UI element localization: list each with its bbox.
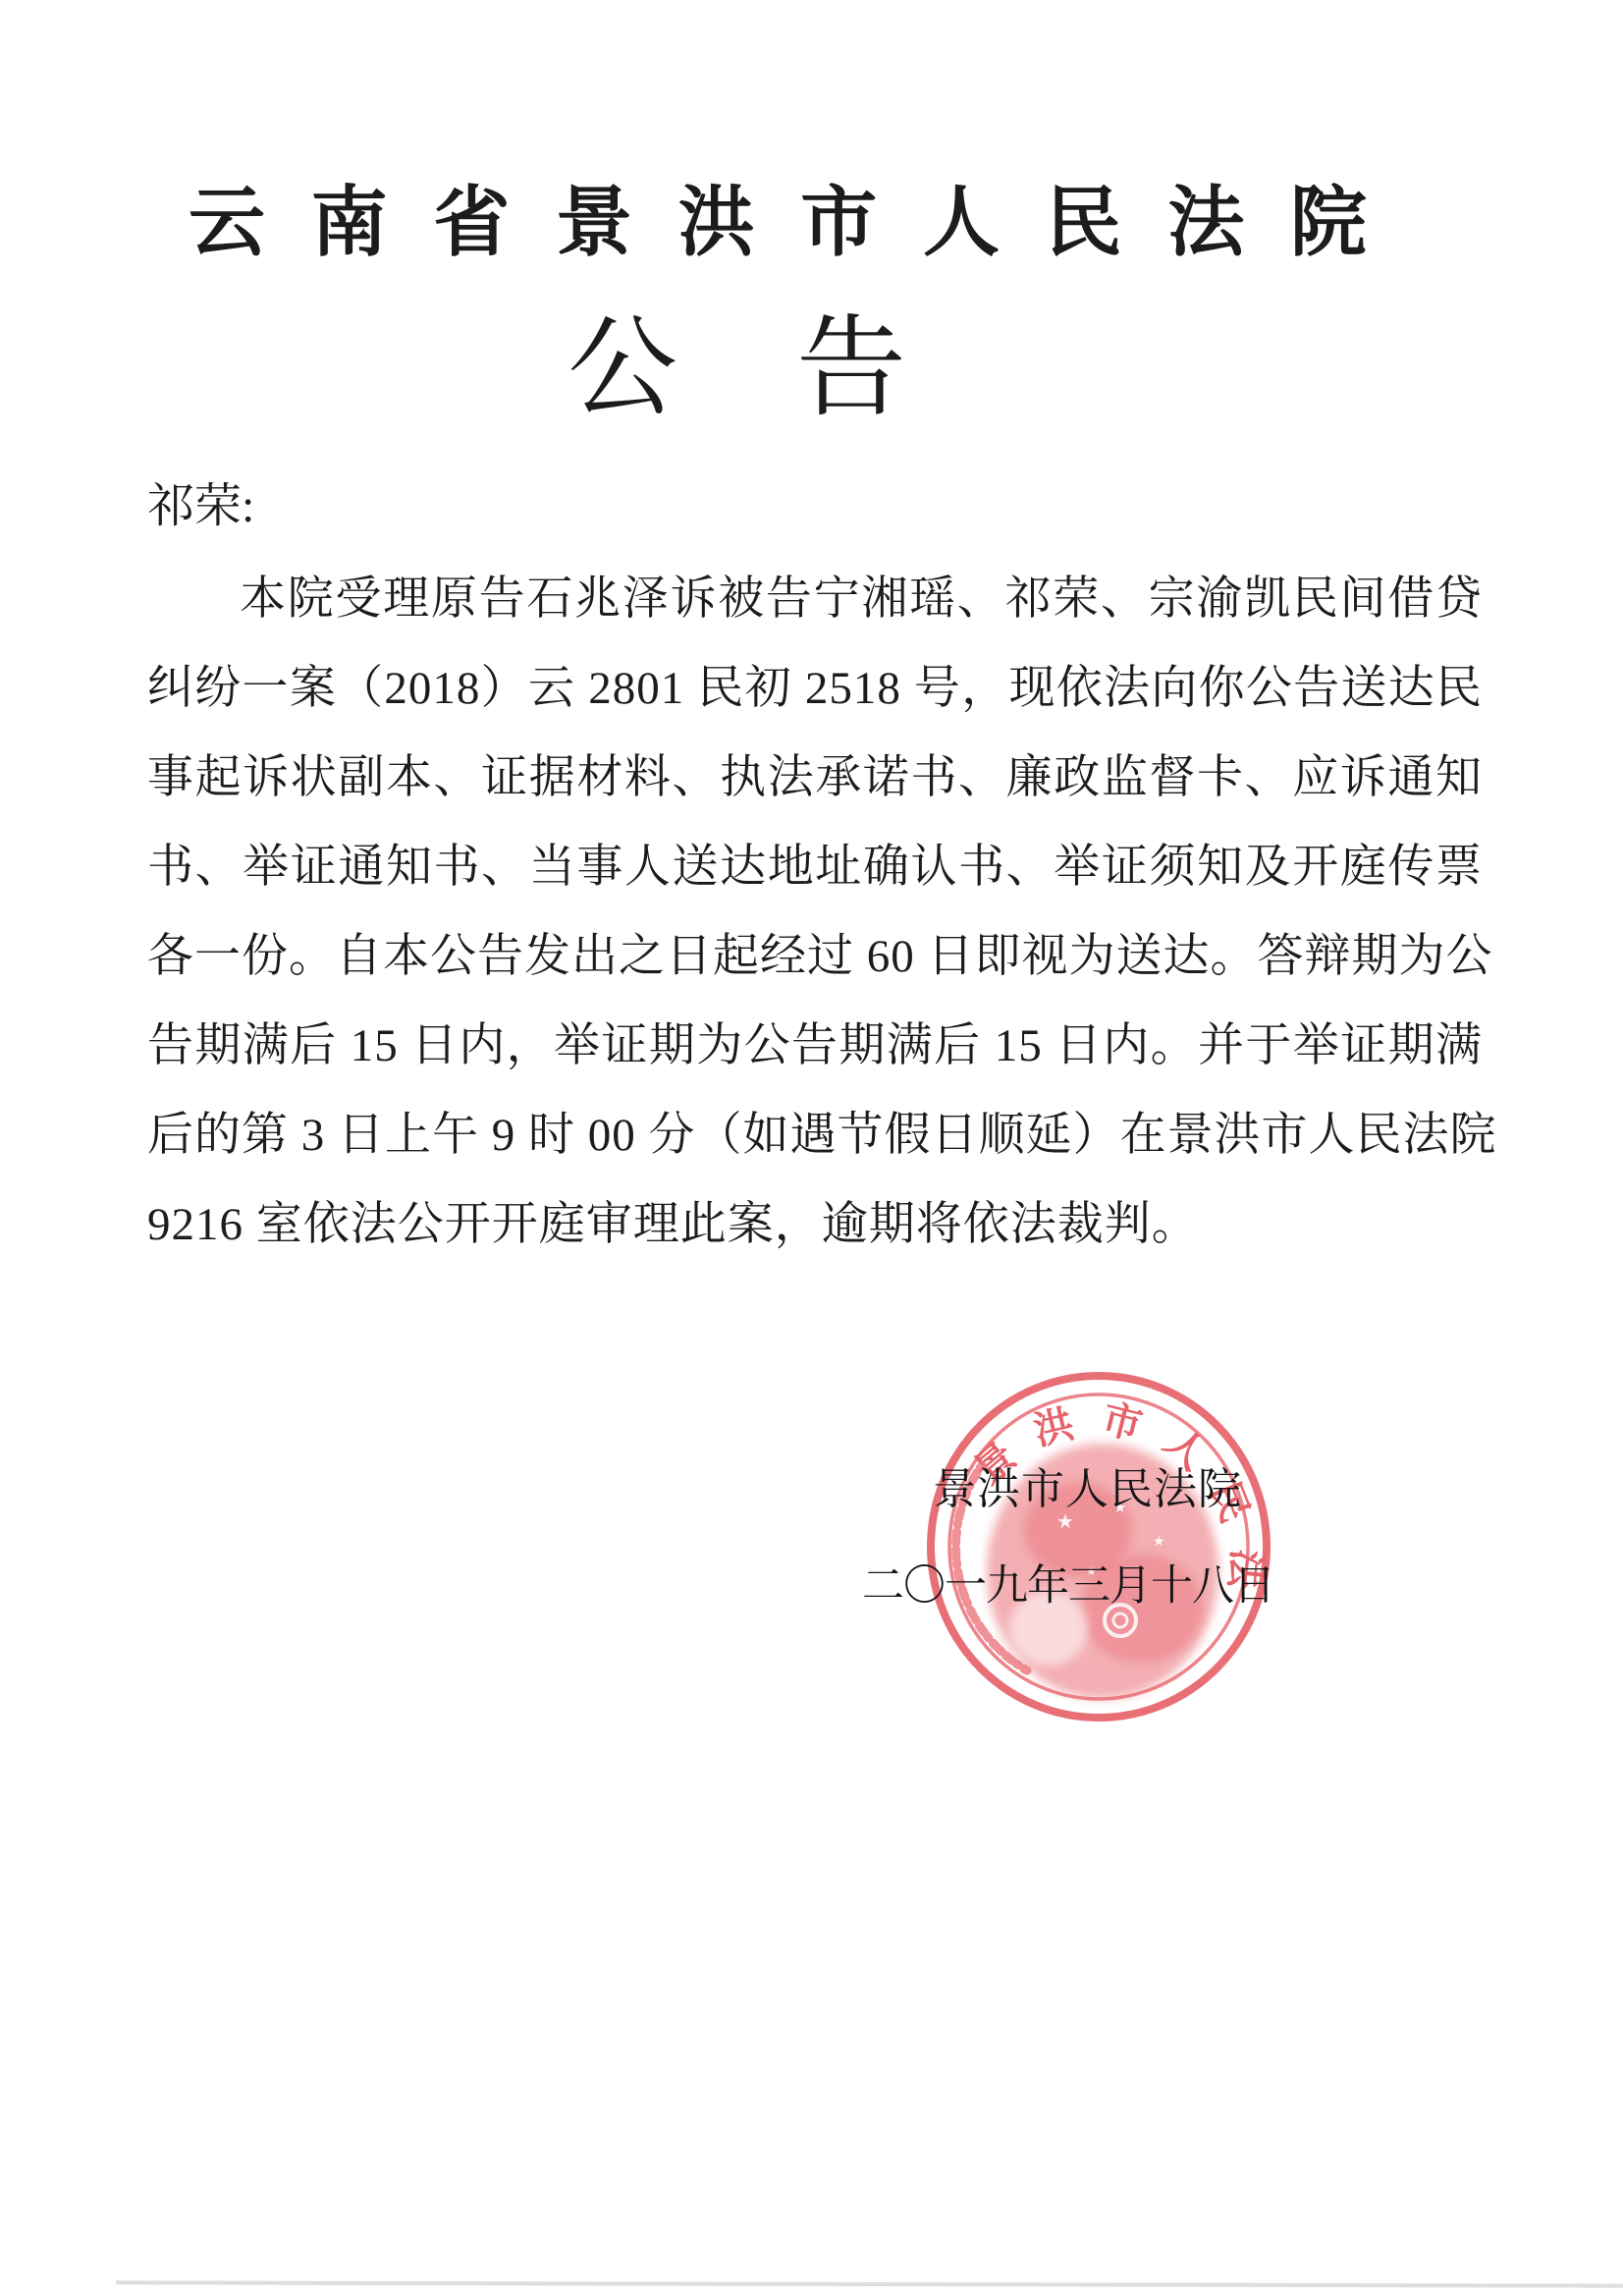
notice-content: 云南省景洪市人民法院 公告 祁荣: 本院受理原告石兆泽诉被告宁湘瑶、祁荣、宗渝凯… — [0, 185, 1623, 1270]
body-line: 各一份。自本公告发出之日起经过 60 日即视为送达。答辩期为公 — [147, 912, 1483, 1002]
star-icon: ★ — [1056, 1511, 1074, 1533]
body-line: 本院受理原告石兆泽诉被告宁湘瑶、祁荣、宗渝凯民间借贷 — [147, 555, 1483, 644]
body-line: 事起诉状副本、证据材料、执法承诺书、廉政监督卡、应诉通知 — [147, 734, 1483, 823]
notice-body: 本院受理原告石兆泽诉被告宁湘瑶、祁荣、宗渝凯民间借贷 纠纷一案（2018）云 2… — [147, 555, 1483, 1270]
official-seal-stamp: ★ ★ ★ ★ 景洪市人民法院 — [921, 1363, 1276, 1734]
notice-heading: 公告 — [568, 314, 906, 424]
court-title: 云南省景洪市人民法院 — [189, 185, 1367, 261]
body-line: 纠纷一案（2018）云 2801 民初 2518 号，现依法向你公告送达民 — [147, 644, 1483, 734]
body-line: 后的第 3 日上午 9 时 00 分（如遇节假日顺延）在景洪市人民法院 — [147, 1091, 1483, 1180]
body-line: 书、举证通知书、当事人送达地址确认书、举证须知及开庭传票 — [147, 823, 1483, 912]
court-notice-page: 云南省景洪市人民法院 公告 祁荣: 本院受理原告石兆泽诉被告宁湘瑶、祁荣、宗渝凯… — [0, 0, 1623, 2296]
body-line: 9216 室依法公开开庭审理此案，逾期将依法裁判。 — [147, 1180, 1483, 1270]
addressee: 祁荣: — [147, 481, 1483, 533]
notice-date: 二〇一九年三月十八日 — [862, 1565, 1274, 1608]
scan-edge-line — [116, 2280, 1623, 2287]
court-signature: 景洪市人民法院 — [933, 1468, 1242, 1511]
star-icon: ★ — [1153, 1535, 1165, 1550]
body-line: 告期满后 15 日内，举证期为公告期满后 15 日内。并于举证期满 — [147, 1002, 1483, 1091]
